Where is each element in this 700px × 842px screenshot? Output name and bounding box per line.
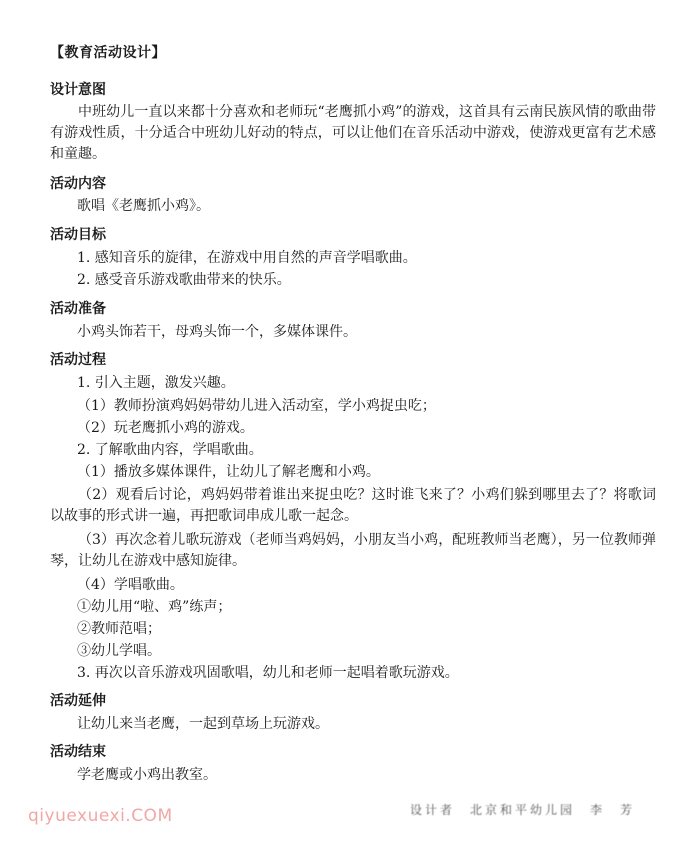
preparation-line: 小鸡头饰若干，母鸡头饰一个，多媒体课件。 <box>77 322 357 343</box>
document-title: 【教育活动设计】 <box>50 42 166 62</box>
section-heading-process: 活动过程 <box>50 349 106 369</box>
process-paragraph-2: （2）观看后讨论，鸡妈妈带着谁出来捉虫吃？这时谁飞来了？小鸡们躲到哪里去了？将歌… <box>50 485 656 527</box>
section-heading-extension: 活动延伸 <box>50 690 106 710</box>
design-intent-paragraph: 中班幼儿一直以来都十分喜欢和老师玩“老鹰抓小鸡”的游戏，这首具有云南民族风情的歌… <box>50 102 656 165</box>
goal-item-1: 1. 感知音乐的旋律，在游戏中用自然的声音学唱歌曲。 <box>77 248 417 269</box>
process-line-8: ②教师范唱； <box>77 619 161 640</box>
designer-credit: 设计者 北京和平幼儿园 李 芳 <box>410 801 635 818</box>
section-heading-design-intent: 设计意图 <box>50 79 106 99</box>
watermark-logo: qiyuexuexi.COM <box>28 806 173 826</box>
section-heading-preparation: 活动准备 <box>50 298 106 318</box>
process-line-5: （1）播放多媒体课件，让幼儿了解老鹰和小鸡。 <box>77 462 380 483</box>
process-line-6: （4）学唱歌曲。 <box>77 575 184 596</box>
extension-line: 让幼儿来当老鹰，一起到草场上玩游戏。 <box>77 714 329 735</box>
document-page: 【教育活动设计】 设计意图 中班幼儿一直以来都十分喜欢和老师玩“老鹰抓小鸡”的游… <box>0 0 700 842</box>
process-line-10: 3. 再次以音乐游戏巩固歌唱，幼儿和老师一起唱着歌玩游戏。 <box>77 663 459 684</box>
process-line-1: 1. 引入主题，激发兴趣。 <box>77 373 235 394</box>
process-line-7: ①幼儿用“啦、鸡”练声； <box>77 597 231 618</box>
process-line-9: ③幼儿学唱。 <box>77 641 161 662</box>
section-heading-goals: 活动目标 <box>50 224 106 244</box>
goal-item-2: 2. 感受音乐游戏歌曲带来的快乐。 <box>77 270 291 291</box>
ending-line: 学老鹰或小鸡出教室。 <box>77 765 217 786</box>
process-paragraph-3: （3）再次念着儿歌玩游戏（老师当鸡妈妈，小朋友当小鸡，配班教师当老鹰），另一位教… <box>50 530 656 572</box>
section-heading-content: 活动内容 <box>50 173 106 193</box>
content-line: 歌唱《老鹰抓小鸡》。 <box>77 196 210 217</box>
process-line-4: 2. 了解歌曲内容，学唱歌曲。 <box>77 440 263 461</box>
section-heading-ending: 活动结束 <box>50 741 106 761</box>
process-line-2: （1）教师扮演鸡妈妈带幼儿进入活动室，学小鸡捉虫吃； <box>77 396 436 417</box>
process-line-3: （2）玩老鹰抓小鸡的游戏。 <box>77 418 254 439</box>
